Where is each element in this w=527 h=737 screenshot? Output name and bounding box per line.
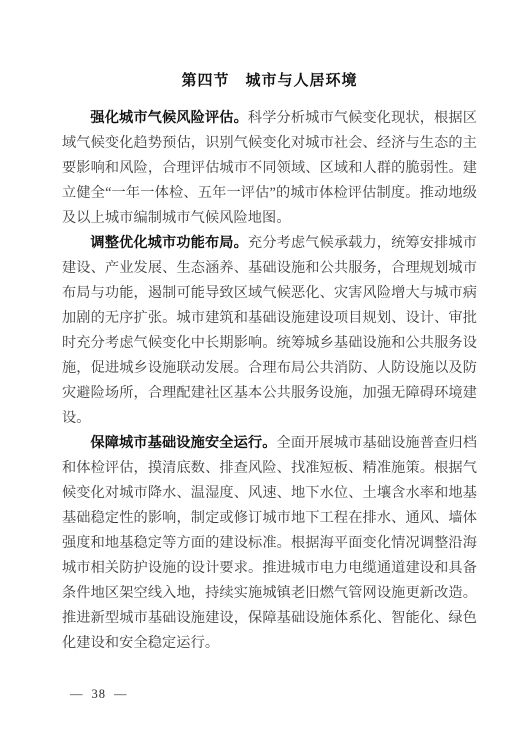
paragraph: 保障城市基础设施安全运行。全面开展城市基础设施普查归档和体检评估，摸清底数、排查… <box>62 431 477 656</box>
paragraph: 强化城市气候风险评估。科学分析城市气候变化现状，根据区域气候变化趋势预估，识别气… <box>62 106 477 231</box>
footer-left-dash: — <box>66 687 88 701</box>
paragraph: 调整优化城市功能布局。充分考虑气候承载力，统筹安排城市建设、产业发展、生态涵养、… <box>62 231 477 431</box>
page-number: 38 <box>88 687 111 701</box>
section-title: 第四节 城市与人居环境 <box>62 70 477 92</box>
document-page: 第四节 城市与人居环境 强化城市气候风险评估。科学分析城市气候变化现状，根据区域… <box>0 0 527 737</box>
paragraph-text: 全面开展城市基础设施普查归档和体检评估，摸清底数、排查风险、找准短板、精准施策。… <box>62 435 477 651</box>
paragraph-text: 充分考虑气候承载力，统筹安排城市建设、产业发展、生态涵养、基础设施和公共服务，合… <box>62 235 477 426</box>
page-footer: —38— <box>66 687 132 702</box>
page-content: 第四节 城市与人居环境 强化城市气候风险评估。科学分析城市气候变化现状，根据区域… <box>62 70 477 656</box>
paragraph-lead: 调整优化城市功能布局。 <box>90 235 248 251</box>
paragraph-text: 科学分析城市气候变化现状，根据区域气候变化趋势预估，识别气候变化对城市社会、经济… <box>62 110 477 226</box>
footer-right-dash: — <box>110 687 132 701</box>
paragraph-lead: 强化城市气候风险评估。 <box>90 110 248 126</box>
paragraph-lead: 保障城市基础设施安全运行。 <box>90 435 276 451</box>
